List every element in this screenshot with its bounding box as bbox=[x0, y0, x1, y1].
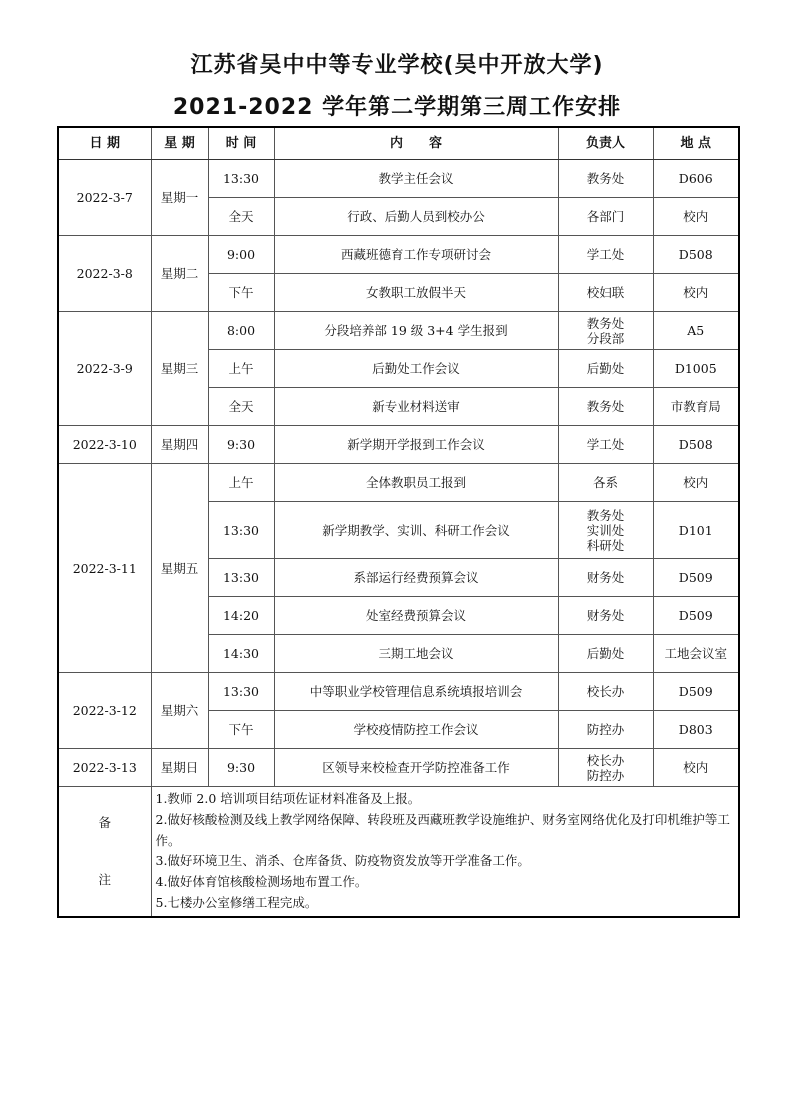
responsible-cell: 校长办 bbox=[558, 673, 653, 711]
header-time: 时 间 bbox=[208, 127, 274, 160]
content-cell: 系部运行经费预算会议 bbox=[274, 559, 558, 597]
header-weekday: 星 期 bbox=[151, 127, 208, 160]
time-cell: 9:30 bbox=[208, 749, 274, 787]
date-cell: 2022-3-12 bbox=[58, 673, 151, 749]
location-cell: D803 bbox=[653, 711, 739, 749]
time-cell: 13:30 bbox=[208, 673, 274, 711]
responsible-cell: 教务处 bbox=[558, 388, 653, 426]
weekday-cell: 星期五 bbox=[151, 464, 208, 673]
location-cell: 校内 bbox=[653, 749, 739, 787]
location-cell: 校内 bbox=[653, 198, 739, 236]
responsible-cell: 教务处 bbox=[558, 160, 653, 198]
location-cell: 校内 bbox=[653, 274, 739, 312]
responsible-cell: 财务处 bbox=[558, 597, 653, 635]
notes-row: 备 注 1.教师 2.0 培训项目结项佐证材料准备及上报。 2.做好核酸检测及线… bbox=[58, 787, 739, 917]
time-cell: 14:30 bbox=[208, 635, 274, 673]
schedule-title: 2021-2022 学年第二学期第三周工作安排 bbox=[0, 90, 794, 121]
content-cell: 区领导来校检查开学防控准备工作 bbox=[274, 749, 558, 787]
responsible-cell: 后勤处 bbox=[558, 635, 653, 673]
responsible-cell: 各系 bbox=[558, 464, 653, 502]
content-cell: 学校疫情防控工作会议 bbox=[274, 711, 558, 749]
responsible-line: 实训处 bbox=[559, 523, 653, 538]
time-cell: 全天 bbox=[208, 388, 274, 426]
location-cell: A5 bbox=[653, 312, 739, 350]
table-row: 2022-3-9 星期三 8:00 分段培养部 19 级 3+4 学生报到 教务… bbox=[58, 312, 739, 350]
header-location: 地 点 bbox=[653, 127, 739, 160]
content-cell: 女教职工放假半天 bbox=[274, 274, 558, 312]
table-row: 2022-3-11 星期五 上午 全体教职员工报到 各系 校内 bbox=[58, 464, 739, 502]
location-cell: D606 bbox=[653, 160, 739, 198]
responsible-line: 教务处 bbox=[559, 508, 653, 523]
time-cell: 下午 bbox=[208, 274, 274, 312]
location-cell: D509 bbox=[653, 673, 739, 711]
work-schedule-table: 日 期 星 期 时 间 内 容 负责人 地 点 2022-3-7 星期一 13:… bbox=[57, 126, 740, 918]
responsible-line: 防控办 bbox=[559, 768, 653, 783]
responsible-line: 科研处 bbox=[559, 538, 653, 553]
date-cell: 2022-3-13 bbox=[58, 749, 151, 787]
content-cell: 中等职业学校管理信息系统填报培训会 bbox=[274, 673, 558, 711]
notes-content: 1.教师 2.0 培训项目结项佐证材料准备及上报。 2.做好核酸检测及线上教学网… bbox=[151, 787, 739, 917]
content-cell: 新专业材料送审 bbox=[274, 388, 558, 426]
responsible-line: 教务处 bbox=[559, 316, 653, 331]
time-cell: 13:30 bbox=[208, 559, 274, 597]
weekday-cell: 星期一 bbox=[151, 160, 208, 236]
content-cell: 分段培养部 19 级 3+4 学生报到 bbox=[274, 312, 558, 350]
date-cell: 2022-3-9 bbox=[58, 312, 151, 426]
header-responsible: 负责人 bbox=[558, 127, 653, 160]
header-content: 内 容 bbox=[274, 127, 558, 160]
time-cell: 下午 bbox=[208, 711, 274, 749]
location-cell: D509 bbox=[653, 597, 739, 635]
weekday-cell: 星期二 bbox=[151, 236, 208, 312]
note-item: 5.七楼办公室修缮工程完成。 bbox=[156, 893, 735, 914]
responsible-cell: 校妇联 bbox=[558, 274, 653, 312]
location-cell: D508 bbox=[653, 426, 739, 464]
weekday-cell: 星期四 bbox=[151, 426, 208, 464]
table-row: 2022-3-10 星期四 9:30 新学期开学报到工作会议 学工处 D508 bbox=[58, 426, 739, 464]
time-cell: 上午 bbox=[208, 350, 274, 388]
content-cell: 西藏班德育工作专项研讨会 bbox=[274, 236, 558, 274]
weekday-cell: 星期三 bbox=[151, 312, 208, 426]
location-cell: D509 bbox=[653, 559, 739, 597]
responsible-cell: 校长办 防控办 bbox=[558, 749, 653, 787]
responsible-line: 校长办 bbox=[559, 753, 653, 768]
responsible-cell: 财务处 bbox=[558, 559, 653, 597]
content-cell: 新学期开学报到工作会议 bbox=[274, 426, 558, 464]
time-cell: 9:00 bbox=[208, 236, 274, 274]
notes-label-top: 备 bbox=[59, 815, 151, 830]
school-title: 江苏省吴中中等专业学校(吴中开放大学) bbox=[0, 48, 794, 79]
time-cell: 13:30 bbox=[208, 502, 274, 559]
location-cell: D1005 bbox=[653, 350, 739, 388]
location-cell: 工地会议室 bbox=[653, 635, 739, 673]
header-row: 日 期 星 期 时 间 内 容 负责人 地 点 bbox=[58, 127, 739, 160]
responsible-cell: 教务处 实训处 科研处 bbox=[558, 502, 653, 559]
date-cell: 2022-3-7 bbox=[58, 160, 151, 236]
content-cell: 新学期教学、实训、科研工作会议 bbox=[274, 502, 558, 559]
header-date: 日 期 bbox=[58, 127, 151, 160]
weekday-cell: 星期日 bbox=[151, 749, 208, 787]
time-cell: 全天 bbox=[208, 198, 274, 236]
table-row: 2022-3-7 星期一 13:30 教学主任会议 教务处 D606 bbox=[58, 160, 739, 198]
note-item: 3.做好环境卫生、消杀、仓库备货、防疫物资发放等开学准备工作。 bbox=[156, 851, 735, 872]
table-row: 2022-3-8 星期二 9:00 西藏班德育工作专项研讨会 学工处 D508 bbox=[58, 236, 739, 274]
weekday-cell: 星期六 bbox=[151, 673, 208, 749]
notes-label: 备 注 bbox=[58, 787, 151, 917]
note-item: 4.做好体育馆核酸检测场地布置工作。 bbox=[156, 872, 735, 893]
notes-label-bottom: 注 bbox=[59, 872, 151, 887]
note-item: 1.教师 2.0 培训项目结项佐证材料准备及上报。 bbox=[156, 789, 735, 810]
table-row: 2022-3-13 星期日 9:30 区领导来校检查开学防控准备工作 校长办 防… bbox=[58, 749, 739, 787]
time-cell: 9:30 bbox=[208, 426, 274, 464]
content-cell: 三期工地会议 bbox=[274, 635, 558, 673]
responsible-cell: 教务处 分段部 bbox=[558, 312, 653, 350]
time-cell: 13:30 bbox=[208, 160, 274, 198]
date-cell: 2022-3-8 bbox=[58, 236, 151, 312]
time-cell: 8:00 bbox=[208, 312, 274, 350]
note-item: 2.做好核酸检测及线上教学网络保障、转段班及西藏班教学设施维护、财务室网络优化及… bbox=[156, 810, 735, 852]
responsible-cell: 各部门 bbox=[558, 198, 653, 236]
content-cell: 处室经费预算会议 bbox=[274, 597, 558, 635]
content-cell: 全体教职员工报到 bbox=[274, 464, 558, 502]
location-cell: 市教育局 bbox=[653, 388, 739, 426]
time-cell: 14:20 bbox=[208, 597, 274, 635]
content-cell: 后勤处工作会议 bbox=[274, 350, 558, 388]
location-cell: D508 bbox=[653, 236, 739, 274]
responsible-line: 分段部 bbox=[559, 331, 653, 346]
date-cell: 2022-3-10 bbox=[58, 426, 151, 464]
responsible-cell: 学工处 bbox=[558, 236, 653, 274]
content-cell: 行政、后勤人员到校办公 bbox=[274, 198, 558, 236]
responsible-cell: 防控办 bbox=[558, 711, 653, 749]
location-cell: 校内 bbox=[653, 464, 739, 502]
responsible-cell: 后勤处 bbox=[558, 350, 653, 388]
table-row: 2022-3-12 星期六 13:30 中等职业学校管理信息系统填报培训会 校长… bbox=[58, 673, 739, 711]
date-cell: 2022-3-11 bbox=[58, 464, 151, 673]
content-cell: 教学主任会议 bbox=[274, 160, 558, 198]
time-cell: 上午 bbox=[208, 464, 274, 502]
responsible-cell: 学工处 bbox=[558, 426, 653, 464]
location-cell: D101 bbox=[653, 502, 739, 559]
